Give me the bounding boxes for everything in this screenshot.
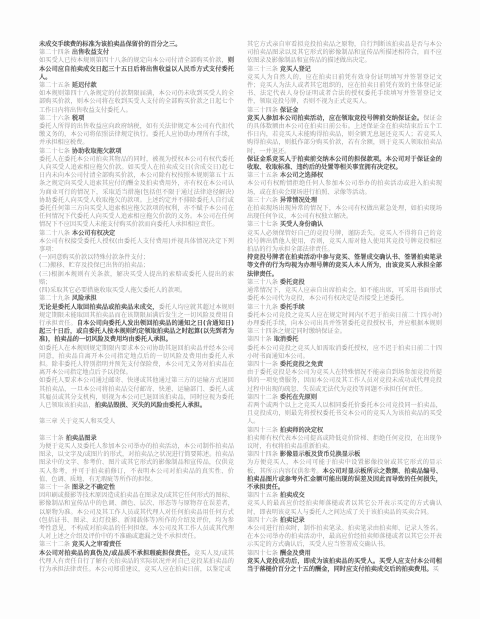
right-text-column: 其它方式亲自审看拟竞投拍卖品之原物，自行判断该拍卖品是否与本公司拍卖品图录以及其… bbox=[247, 41, 442, 574]
paragraph: 委托人所得的出售收益应向政府纳税，如有关法律规定本公司有代扣代缴义务的，本公司将… bbox=[39, 123, 234, 148]
text-run: 拍卖师有权代表本公司提高或降低竞价阶梯、拒绝任何竞投，在出现争议时，有权将拍卖品… bbox=[247, 435, 442, 450]
article-heading: 第四十一条 委托竞投之免责 bbox=[247, 361, 442, 369]
paragraph: 由于委托竞投是本公司为竞买人在特殊情况不能亲自到场参加竞投所提供的一项免费服务，… bbox=[247, 369, 442, 394]
text-run: 第二十九条 bbox=[39, 295, 72, 302]
text-run: 第二十七条 bbox=[39, 148, 72, 155]
text-run: 税项 bbox=[72, 115, 84, 122]
text-run: 第三十五条 bbox=[247, 172, 280, 179]
text-run: 拍卖品图录 bbox=[66, 435, 97, 442]
text-run: 委托在先原则 bbox=[280, 394, 317, 401]
text-run: 委托手续 bbox=[280, 304, 305, 311]
text-run: 其它方式亲自审看拟竞投拍卖品之原物，自行判断该拍卖品是否与本公司拍卖品图录以及其… bbox=[247, 41, 442, 64]
text-run: 竞买人竞投成功后，即成为该拍卖品的买受人。买受人应支付本公司相当于落槌价百分之十… bbox=[247, 558, 442, 573]
paragraph: 若两个或两个以上之竞买人以相同委托价委托本公司竞投同一拍卖品，且竞投成功，则最先… bbox=[247, 402, 442, 427]
paragraph: 保证金系竞买人于拍卖前交纳本公司的担保款项。本公司对于保证金的收取、收取标准、违… bbox=[247, 156, 442, 172]
paragraph: 通常情况下，竞买人应亲自出席拍卖会。如不能出席，可采用书面形式委托本公司代为竞投… bbox=[247, 287, 442, 303]
text-run: 第三十条 bbox=[39, 435, 66, 442]
text-run: 如委托人在本规则规定期限内要求本公司协助其退回拍卖品并经本公司同意，拍卖品自离开… bbox=[39, 345, 234, 377]
text-run: 第四十六条 bbox=[247, 517, 280, 524]
text-run: 第二十四条 bbox=[39, 49, 72, 56]
text-run: 第二十六条 bbox=[39, 115, 72, 122]
paragraph: 在拍卖现场出现异常的情况下，本公司有权做出紧急处理，如拍卖现场出现任何争议，本公… bbox=[247, 205, 442, 221]
paragraph: 无论是委托人取回拍卖品或拍卖品未成交，委托人均应就其超过本规则规定期限未能取回其… bbox=[39, 304, 234, 345]
paragraph: 如本规则第四十八条规定的付款期限届满，本公司仍未收到买受人的全部购买价款，则本公… bbox=[39, 90, 234, 115]
text-run: 无论是委托人取回拍卖品或拍卖品未成交， bbox=[39, 304, 159, 311]
text-run: 因印刷或摄影等技术原因造成拍卖品在图录及/或其它任何形式的图标、影像制品和宣传品… bbox=[39, 492, 234, 540]
text-run: 委托本公司竞投之竞买人如需取消委托授权，应不迟于拍卖日前二十四小时书面通知本公司… bbox=[247, 345, 442, 360]
text-run: 竞买人之审看责任 bbox=[72, 541, 122, 548]
text-run: 本公司对拍卖品的真伪及/或品质不承担瑕疵担保责任。 bbox=[39, 550, 194, 557]
paragraph: (三)根据本规则有关条款，解决买受人提出的索赔或委托人提出的索赔； bbox=[39, 271, 234, 287]
text-run: 第四十四条 bbox=[247, 451, 280, 458]
paragraph: (二)搬移、贮存及投保已出售的拍卖品； bbox=[39, 262, 234, 270]
paragraph: 竞买人的最高应价经拍卖师落槌或者以其它公开表示买定的方式确认时，即表明该竞买人与… bbox=[247, 500, 442, 516]
article-heading: 第二十九条 风险承担 bbox=[39, 295, 234, 303]
text-run: 拍卖师的决定权 bbox=[280, 427, 323, 434]
text-run: 持竞投号牌者在拍卖活动中参与竞买、签署成交确认书、签署拍卖笔录等文件的行为均视为… bbox=[247, 254, 442, 277]
text-run: 若两个或两个以上之竞买人以相同委托价委托本公司竞投同一拍卖品，且竞投成功，则最先… bbox=[247, 402, 442, 425]
text-run: 第二十八条 bbox=[39, 230, 72, 237]
text-run: 第三十八条 bbox=[247, 279, 280, 286]
text-run: 第四十条 bbox=[247, 336, 274, 343]
text-run: 本公司有权决定 bbox=[72, 230, 115, 237]
article-heading: 第三十一条 图录之不确定性 bbox=[39, 484, 234, 492]
paragraph: 委托人在委托本公司拍卖其物品的同时，被视为授权本公司有权代委托人向买受人追索相应… bbox=[39, 156, 234, 230]
text-run: 第四十三条 bbox=[247, 427, 280, 434]
article-heading: 第四十二条 委托在先原则 bbox=[247, 394, 442, 402]
paragraph: 竞买人竞投成功后，即成为该拍卖品的买受人。买受人应支付本公司相当于落槌价百分之十… bbox=[247, 558, 442, 574]
chapter-heading: 第三章 关于竞买人和买受人 bbox=[39, 418, 234, 426]
article-heading: 第三十三条 竞买人登记 bbox=[247, 66, 442, 74]
article-heading: 第二十六条 税项 bbox=[39, 115, 234, 123]
article-heading: 第四十七条 酬金及费用 bbox=[247, 550, 442, 558]
text-run: 取消委托 bbox=[274, 336, 299, 343]
text-run: 竞买人必须保管好自己的竞投号牌，谨防丢失。竞买人不得将自己的竞投号牌出借他人使用… bbox=[247, 230, 442, 253]
text-run: 影像显示板及货币兑换显示板 bbox=[280, 451, 360, 458]
paragraph: 为便于竞买人及委托人参加本公司举办的拍卖活动，本公司制作拍卖品图录，以文字及/或… bbox=[39, 443, 234, 484]
text-run: 拍卖成交 bbox=[280, 492, 305, 499]
text-run: 第三十七条 bbox=[247, 221, 280, 228]
text-run: 协助收取拖欠款项 bbox=[72, 148, 122, 155]
article-heading: 第三十七条 买受人身份确认 bbox=[247, 221, 442, 229]
text-run: 第四十二条 bbox=[247, 394, 280, 401]
article-heading: 第三十九条 委托手续 bbox=[247, 304, 442, 312]
text-run: 竞买人的最高应价经拍卖师落槌或者以其它公开表示买定的方式确认时，即表明该竞买人与… bbox=[247, 500, 442, 515]
paragraph-spacer bbox=[39, 427, 234, 435]
article-heading: 第三十条 拍卖品图录 bbox=[39, 435, 234, 443]
text-run: 本公司之选择权 bbox=[280, 172, 323, 179]
article-heading: 第三十六条 异常情况处理 bbox=[247, 197, 442, 205]
paragraph: 竞买人为自然人的，应在拍卖日前凭有效身份证明填写并签署登记文件；竞买人为法人或者… bbox=[247, 74, 442, 107]
text-run: 保证金 bbox=[280, 107, 299, 114]
text-run: 委托人在委托本公司拍卖其物品的同时，被视为授权本公司有权代委托人向买受人追索相应… bbox=[39, 156, 234, 229]
paragraph: 其它方式亲自审看拟竞投拍卖品之原物，自行判断该拍卖品是否与本公司拍卖品图录以及其… bbox=[247, 41, 442, 66]
text-run: 第三十九条 bbox=[247, 304, 280, 311]
text-run: (二)搬移、贮存及投保已出售的拍卖品； bbox=[39, 262, 149, 269]
text-run: 如本规则第四十八条规定的付款期限届满，本公司仍未收到买受人的全部购买价款，则本公… bbox=[39, 90, 234, 113]
paragraph: 为方便竞买人，本公司可能于拍卖中设置影像投射或其它形式的显示板，其所示内容仅供参… bbox=[247, 459, 442, 492]
text-run: 第四十五条 bbox=[247, 492, 280, 499]
paragraph: 本公司有权接受委托人授权(由委托人支付费用)并视具体情况决定下列事项： bbox=[39, 238, 234, 254]
article-heading: 第四十条 取消委托 bbox=[247, 336, 442, 344]
article-heading: 第三十八条 委托竞投 bbox=[247, 279, 442, 287]
article-heading: 第二十七条 协助收取拖欠款项 bbox=[39, 148, 234, 156]
text-run: 第三章 关于竞买人和买受人 bbox=[39, 418, 115, 425]
paragraph: 如委托人在本规则规定期限内要求本公司协助其退回拍卖品并经本公司同意，拍卖品自离开… bbox=[39, 345, 234, 378]
paragraph: 未成交手续费的标准为该拍卖品保留价的百分之三。 bbox=[39, 41, 234, 49]
text-run: 委托竞投 bbox=[280, 279, 305, 286]
text-run: (四)采取其它必要措施收取买受人拖欠委托人的款项。 bbox=[39, 287, 186, 294]
text-run: 拍卖品毁损、灭失的风险由委托人承担。 bbox=[95, 402, 206, 409]
text-run: 图录之不确定性 bbox=[72, 484, 115, 491]
paragraph: 本公司对拍卖品的真伪及/或品质不承担瑕疵担保责任。竞买人及/或其代理人有责任自行… bbox=[39, 550, 234, 575]
text-run: 买 bbox=[433, 566, 439, 573]
article-heading: 第二十五条 延迟付款 bbox=[39, 82, 234, 90]
paragraph: 竞买人参加本公司拍卖活动，应在领取竞投号牌前交纳保证金。保证金的具体数额由本公司… bbox=[247, 115, 442, 156]
document-page: 未成交手续费的标准为该拍卖品保留价的百分之三。第二十四条 出售收益支付如买受人已… bbox=[0, 0, 480, 619]
text-run: 未成交手续费的标准为该拍卖品保留价的百分之三。 bbox=[39, 41, 181, 48]
text-run: 第四十一条 bbox=[247, 361, 280, 368]
paragraph: 拍卖师有权代表本公司提高或降低竞价阶梯、拒绝任何竞投，在出现争议时，有权将拍卖品… bbox=[247, 435, 442, 451]
article-heading: 第三十四条 保证金 bbox=[247, 107, 442, 115]
article-heading: 第四十六条 拍卖记录 bbox=[247, 517, 442, 525]
text-run: 通常情况下，竞买人应亲自出席拍卖会。如不能出席，可采用书面形式委托本公司代为竞投… bbox=[247, 287, 442, 302]
paragraph: 竞买人必须保管好自己的竞投号牌，谨防丢失。竞买人不得将自己的竞投号牌出借他人使用… bbox=[247, 230, 442, 255]
text-run: 竞买人为自然人的，应在拍卖日前凭有效身份证明填写并签署登记文件；竞买人为法人或者… bbox=[247, 74, 442, 106]
text-run: 酬金及费用 bbox=[280, 550, 311, 557]
text-run: 第三十三条 bbox=[247, 66, 280, 73]
text-run: 如买受人已按本规则第四十八条的规定向本公司付清全部购买价款， bbox=[39, 57, 228, 64]
text-run: 保证金系竞买人于拍卖前交纳本公司的担保款项。本公司对于保证金的收取、收取标准、违… bbox=[247, 156, 442, 171]
text-run: 买受人身份确认 bbox=[280, 221, 323, 228]
text-run: (三)根据本规则有关条款，解决买受人提出的索赔或委托人提出的索赔； bbox=[39, 271, 234, 286]
text-run: 第三十六条 bbox=[247, 197, 280, 204]
article-heading: 第四十三条 拍卖师的决定权 bbox=[247, 427, 442, 435]
text-run: 由于委托竞投是本公司为竞买人在特殊情况不能亲自到场参加竞投所提供的一项免费服务，… bbox=[247, 369, 442, 392]
paragraph: 持竞投号牌者在拍卖活动中参与竞买、签署成交确认书、签署拍卖笔录等文件的行为均视为… bbox=[247, 254, 442, 279]
paragraph: 如委托人要求本公司通过邮寄、快递或其他通过第三方的运输方式退回其拍卖品，一旦本公… bbox=[39, 377, 234, 410]
article-heading: 第二十八条 本公司有权决定 bbox=[39, 230, 234, 238]
text-run: 在拍卖现场出现异常的情况下，本公司有权做出紧急处理，如拍卖现场出现任何争议，本公… bbox=[247, 205, 442, 220]
text-run: 第三十一条 bbox=[39, 484, 72, 491]
text-run: 异常情况处理 bbox=[280, 197, 317, 204]
text-run: 延迟付款 bbox=[72, 82, 97, 89]
paragraph: 本公司进行拍卖时，制作拍卖笔录。拍卖笔录由拍卖师、记录人签名。在本公司举办的拍卖… bbox=[247, 525, 442, 550]
text-run: 为便于竞买人及委托人参加本公司举办的拍卖活动，本公司制作拍卖品图录，以文字及/或… bbox=[39, 443, 234, 483]
article-heading: 第三十二条 竞买人之审看责任 bbox=[39, 541, 234, 549]
text-run: 风险承担 bbox=[72, 295, 97, 302]
text-run: 第四十七条 bbox=[247, 550, 280, 557]
text-run: 竞买人登记 bbox=[280, 66, 311, 73]
text-run: 委托人所得的出售收益应向政府纳税，如有关法律规定本公司有代扣代缴义务的，本公司将… bbox=[39, 123, 234, 146]
text-run: (一)同意购买价款以特殊付款条件支付； bbox=[39, 254, 149, 261]
text-run: 拍卖记录 bbox=[280, 517, 305, 524]
text-run: 本公司有权酌情拒绝任何人参加本公司举办的拍卖活动或进入拍卖现场，或在拍卖会现场进… bbox=[247, 180, 442, 195]
paragraph: 如买受人已按本规则第四十八条的规定向本公司付清全部购买价款，则本公司应自拍卖成交… bbox=[39, 57, 234, 82]
paragraph: 委托本公司竞投之竞买人应在规定时间内(不迟于拍卖日前二十四小时)办理委托手续，向… bbox=[247, 312, 442, 337]
text-run: 本公司进行拍卖时，制作拍卖笔录。拍卖笔录由拍卖师、记录人签名。在本公司举办的拍卖… bbox=[247, 525, 442, 548]
paragraph: 委托本公司竞投之竞买人如需取消委托授权，应不迟于拍卖日前二十四小时书面通知本公司… bbox=[247, 345, 442, 361]
text-run: 委托本公司竞投之竞买人应在规定时间内(不迟于拍卖日前二十四小时)办理委托手续，向… bbox=[247, 312, 442, 335]
paragraph: 本公司有权酌情拒绝任何人参加本公司举办的拍卖活动或进入拍卖现场，或在拍卖会现场进… bbox=[247, 180, 442, 196]
left-text-column: 未成交手续费的标准为该拍卖品保留价的百分之三。第二十四条 出售收益支付如买受人已… bbox=[39, 41, 234, 574]
text-run: 第三十二条 bbox=[39, 541, 72, 548]
text-run: 委托竞投之免责 bbox=[280, 361, 323, 368]
paragraph: 因印刷或摄影等技术原因造成拍卖品在图录及/或其它任何形式的图标、影像制品和宣传品… bbox=[39, 492, 234, 541]
text-run: 第三十四条 bbox=[247, 107, 280, 114]
text-run: 本公司有权接受委托人授权(由委托人支付费用)并视具体情况决定下列事项： bbox=[39, 238, 234, 253]
text-run: 竞买人参加本公司拍卖活动，应在领取竞投号牌前交纳保证金。 bbox=[247, 115, 423, 122]
text-run: 第二十五条 bbox=[39, 82, 72, 89]
text-run: 出售收益支付 bbox=[72, 49, 109, 56]
